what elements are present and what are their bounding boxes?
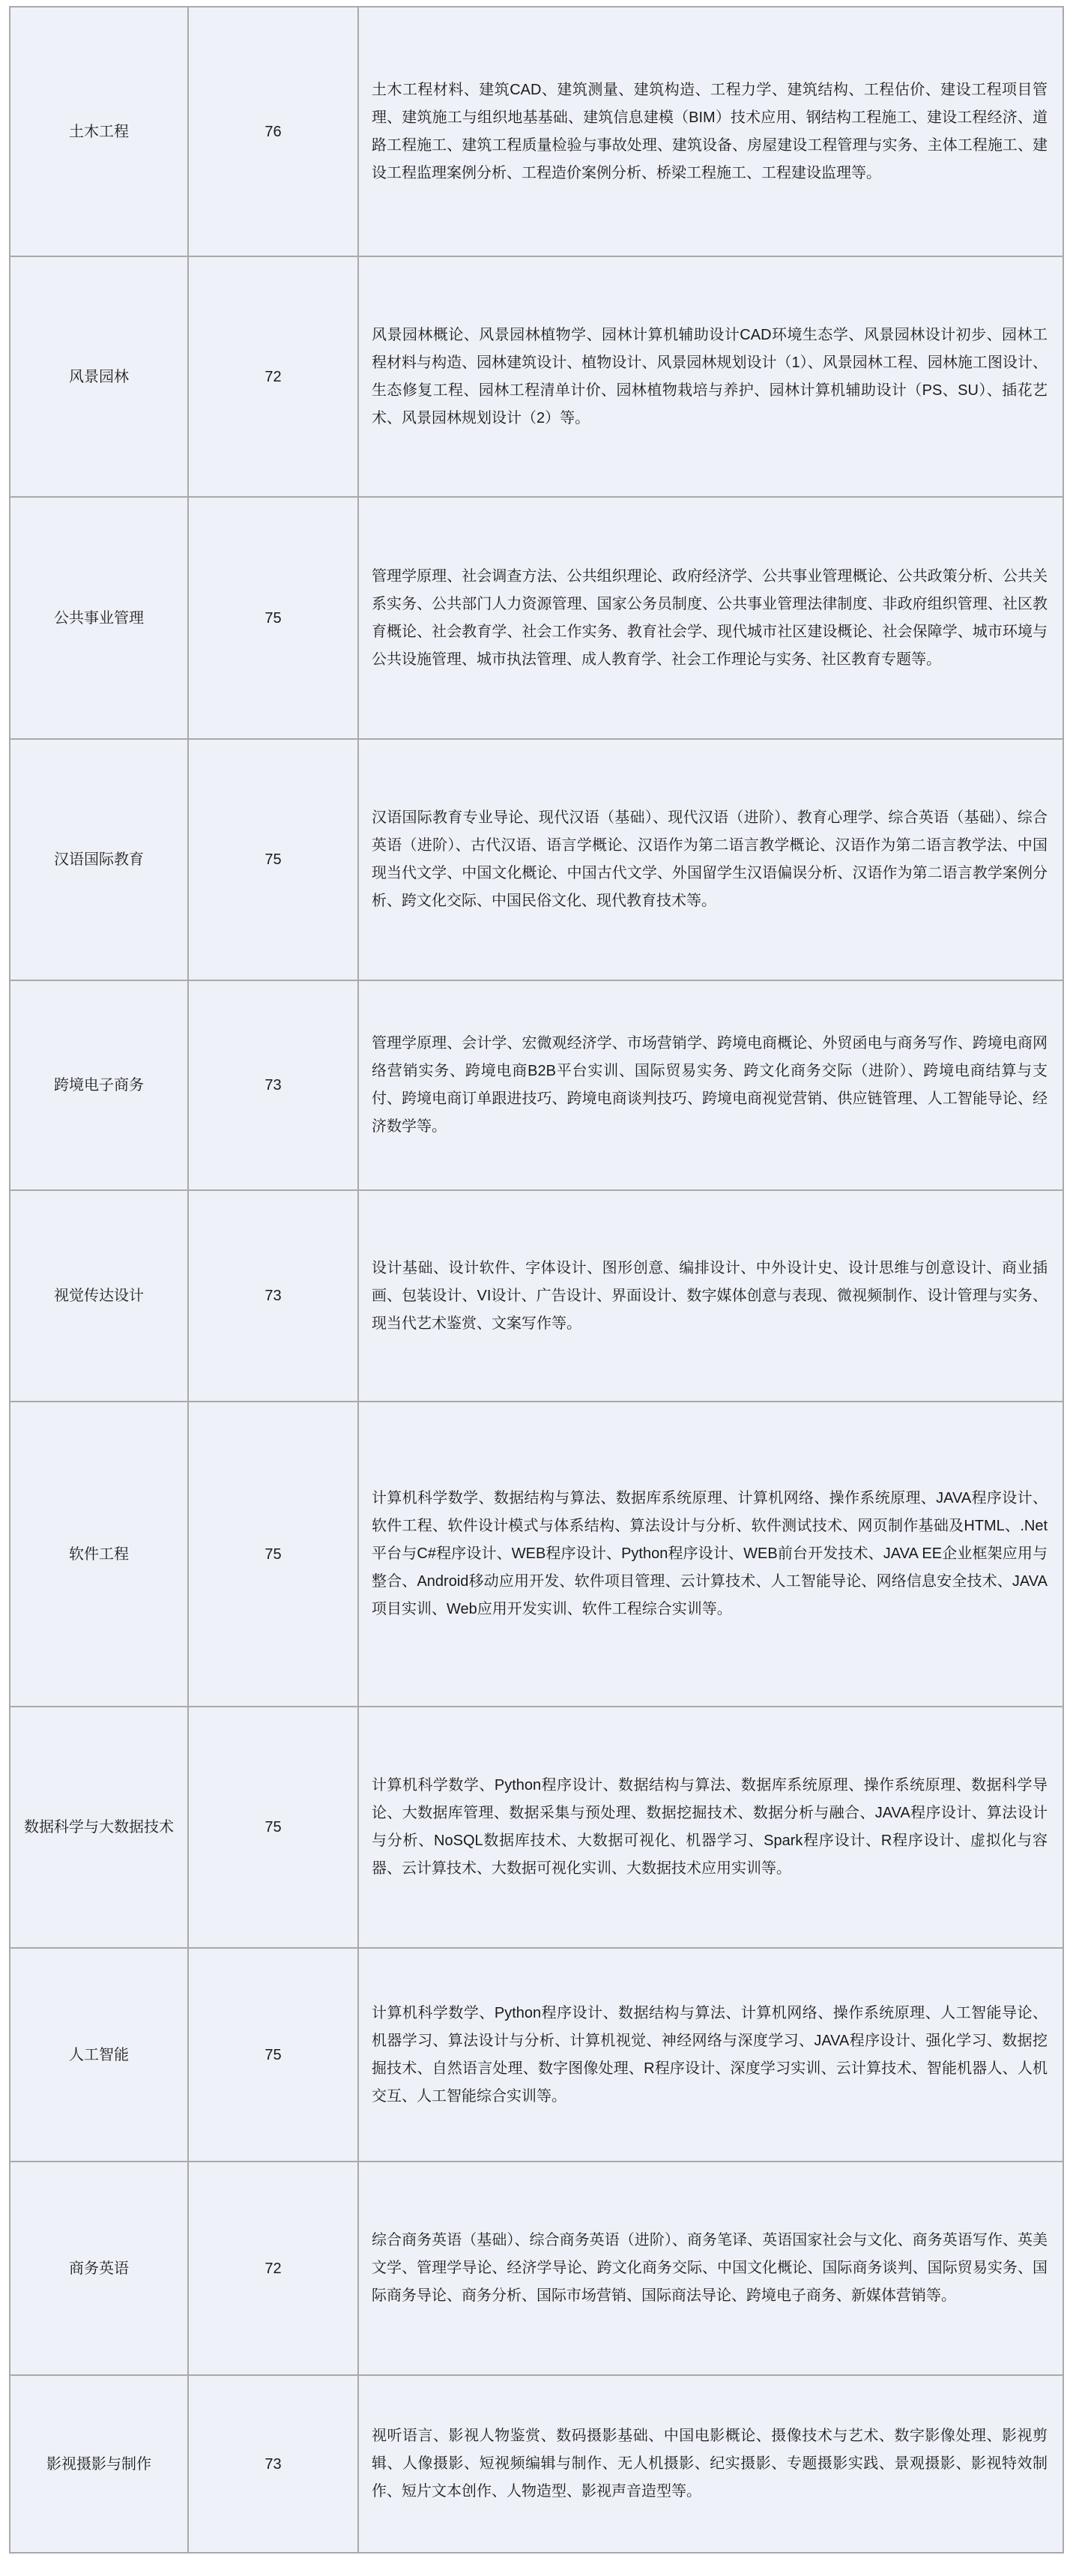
table-row: 数据科学与大数据技术 75 计算机科学数学、Python程序设计、数据结构与算法… — [10, 1707, 1063, 1948]
course-list-cell: 风景园林概论、风景园林植物学、园林计算机辅助设计CAD环境生态学、风景园林设计初… — [358, 256, 1063, 497]
major-name-cell: 商务英语 — [10, 2162, 188, 2375]
table-row: 视觉传达设计 73 设计基础、设计软件、字体设计、图形创意、编排设计、中外设计史… — [10, 1190, 1063, 1402]
table-row: 人工智能 75 计算机科学数学、Python程序设计、数据结构与算法、计算机网络… — [10, 1948, 1063, 2162]
table-row: 软件工程 75 计算机科学数学、数据结构与算法、数据库系统原理、计算机网络、操作… — [10, 1402, 1063, 1707]
course-list-cell: 计算机科学数学、Python程序设计、数据结构与算法、计算机网络、操作系统原理、… — [358, 1948, 1063, 2162]
course-list-cell: 计算机科学数学、数据结构与算法、数据库系统原理、计算机网络、操作系统原理、JAV… — [358, 1402, 1063, 1707]
table-row: 汉语国际教育 75 汉语国际教育专业导论、现代汉语（基础）、现代汉语（进阶）、教… — [10, 739, 1063, 980]
course-list-cell: 汉语国际教育专业导论、现代汉语（基础）、现代汉语（进阶）、教育心理学、综合英语（… — [358, 739, 1063, 980]
score-cell: 75 — [188, 1402, 358, 1707]
score-cell: 75 — [188, 1948, 358, 2162]
course-list-cell: 综合商务英语（基础）、综合商务英语（进阶）、商务笔译、英语国家社会与文化、商务英… — [358, 2162, 1063, 2375]
major-name-cell: 汉语国际教育 — [10, 739, 188, 980]
table-row: 跨境电子商务 73 管理学原理、会计学、宏微观经济学、市场营销学、跨境电商概论、… — [10, 980, 1063, 1190]
majors-course-table: 土木工程 76 土木工程材料、建筑CAD、建筑测量、建筑构造、工程力学、建筑结构… — [9, 6, 1064, 2554]
table-row: 风景园林 72 风景园林概论、风景园林植物学、园林计算机辅助设计CAD环境生态学… — [10, 256, 1063, 497]
major-name-cell: 土木工程 — [10, 7, 188, 256]
table-row: 公共事业管理 75 管理学原理、社会调查方法、公共组织理论、政府经济学、公共事业… — [10, 497, 1063, 739]
score-cell: 75 — [188, 739, 358, 980]
course-list-cell: 管理学原理、会计学、宏微观经济学、市场营销学、跨境电商概论、外贸函电与商务写作、… — [358, 980, 1063, 1190]
score-cell: 73 — [188, 2375, 358, 2553]
score-cell: 76 — [188, 7, 358, 256]
major-name-cell: 数据科学与大数据技术 — [10, 1707, 188, 1948]
major-name-cell: 视觉传达设计 — [10, 1190, 188, 1402]
score-cell: 75 — [188, 1707, 358, 1948]
course-list-cell: 管理学原理、社会调查方法、公共组织理论、政府经济学、公共事业管理概论、公共政策分… — [358, 497, 1063, 739]
score-cell: 75 — [188, 497, 358, 739]
course-list-cell: 设计基础、设计软件、字体设计、图形创意、编排设计、中外设计史、设计思维与创意设计… — [358, 1190, 1063, 1402]
table-row: 影视摄影与制作 73 视听语言、影视人物鉴赏、数码摄影基础、中国电影概论、摄像技… — [10, 2375, 1063, 2553]
score-cell: 72 — [188, 256, 358, 497]
major-name-cell: 影视摄影与制作 — [10, 2375, 188, 2553]
major-name-cell: 人工智能 — [10, 1948, 188, 2162]
table-row: 土木工程 76 土木工程材料、建筑CAD、建筑测量、建筑构造、工程力学、建筑结构… — [10, 7, 1063, 256]
score-cell: 73 — [188, 1190, 358, 1402]
course-list-cell: 计算机科学数学、Python程序设计、数据结构与算法、数据库系统原理、操作系统原… — [358, 1707, 1063, 1948]
score-cell: 73 — [188, 980, 358, 1190]
major-name-cell: 风景园林 — [10, 256, 188, 497]
course-list-cell: 视听语言、影视人物鉴赏、数码摄影基础、中国电影概论、摄像技术与艺术、数字影像处理… — [358, 2375, 1063, 2553]
page: 土木工程 76 土木工程材料、建筑CAD、建筑测量、建筑构造、工程力学、建筑结构… — [0, 0, 1073, 2566]
major-name-cell: 跨境电子商务 — [10, 980, 188, 1190]
course-list-cell: 土木工程材料、建筑CAD、建筑测量、建筑构造、工程力学、建筑结构、工程估价、建设… — [358, 7, 1063, 256]
table-row: 商务英语 72 综合商务英语（基础）、综合商务英语（进阶）、商务笔译、英语国家社… — [10, 2162, 1063, 2375]
score-cell: 72 — [188, 2162, 358, 2375]
major-name-cell: 软件工程 — [10, 1402, 188, 1707]
major-name-cell: 公共事业管理 — [10, 497, 188, 739]
